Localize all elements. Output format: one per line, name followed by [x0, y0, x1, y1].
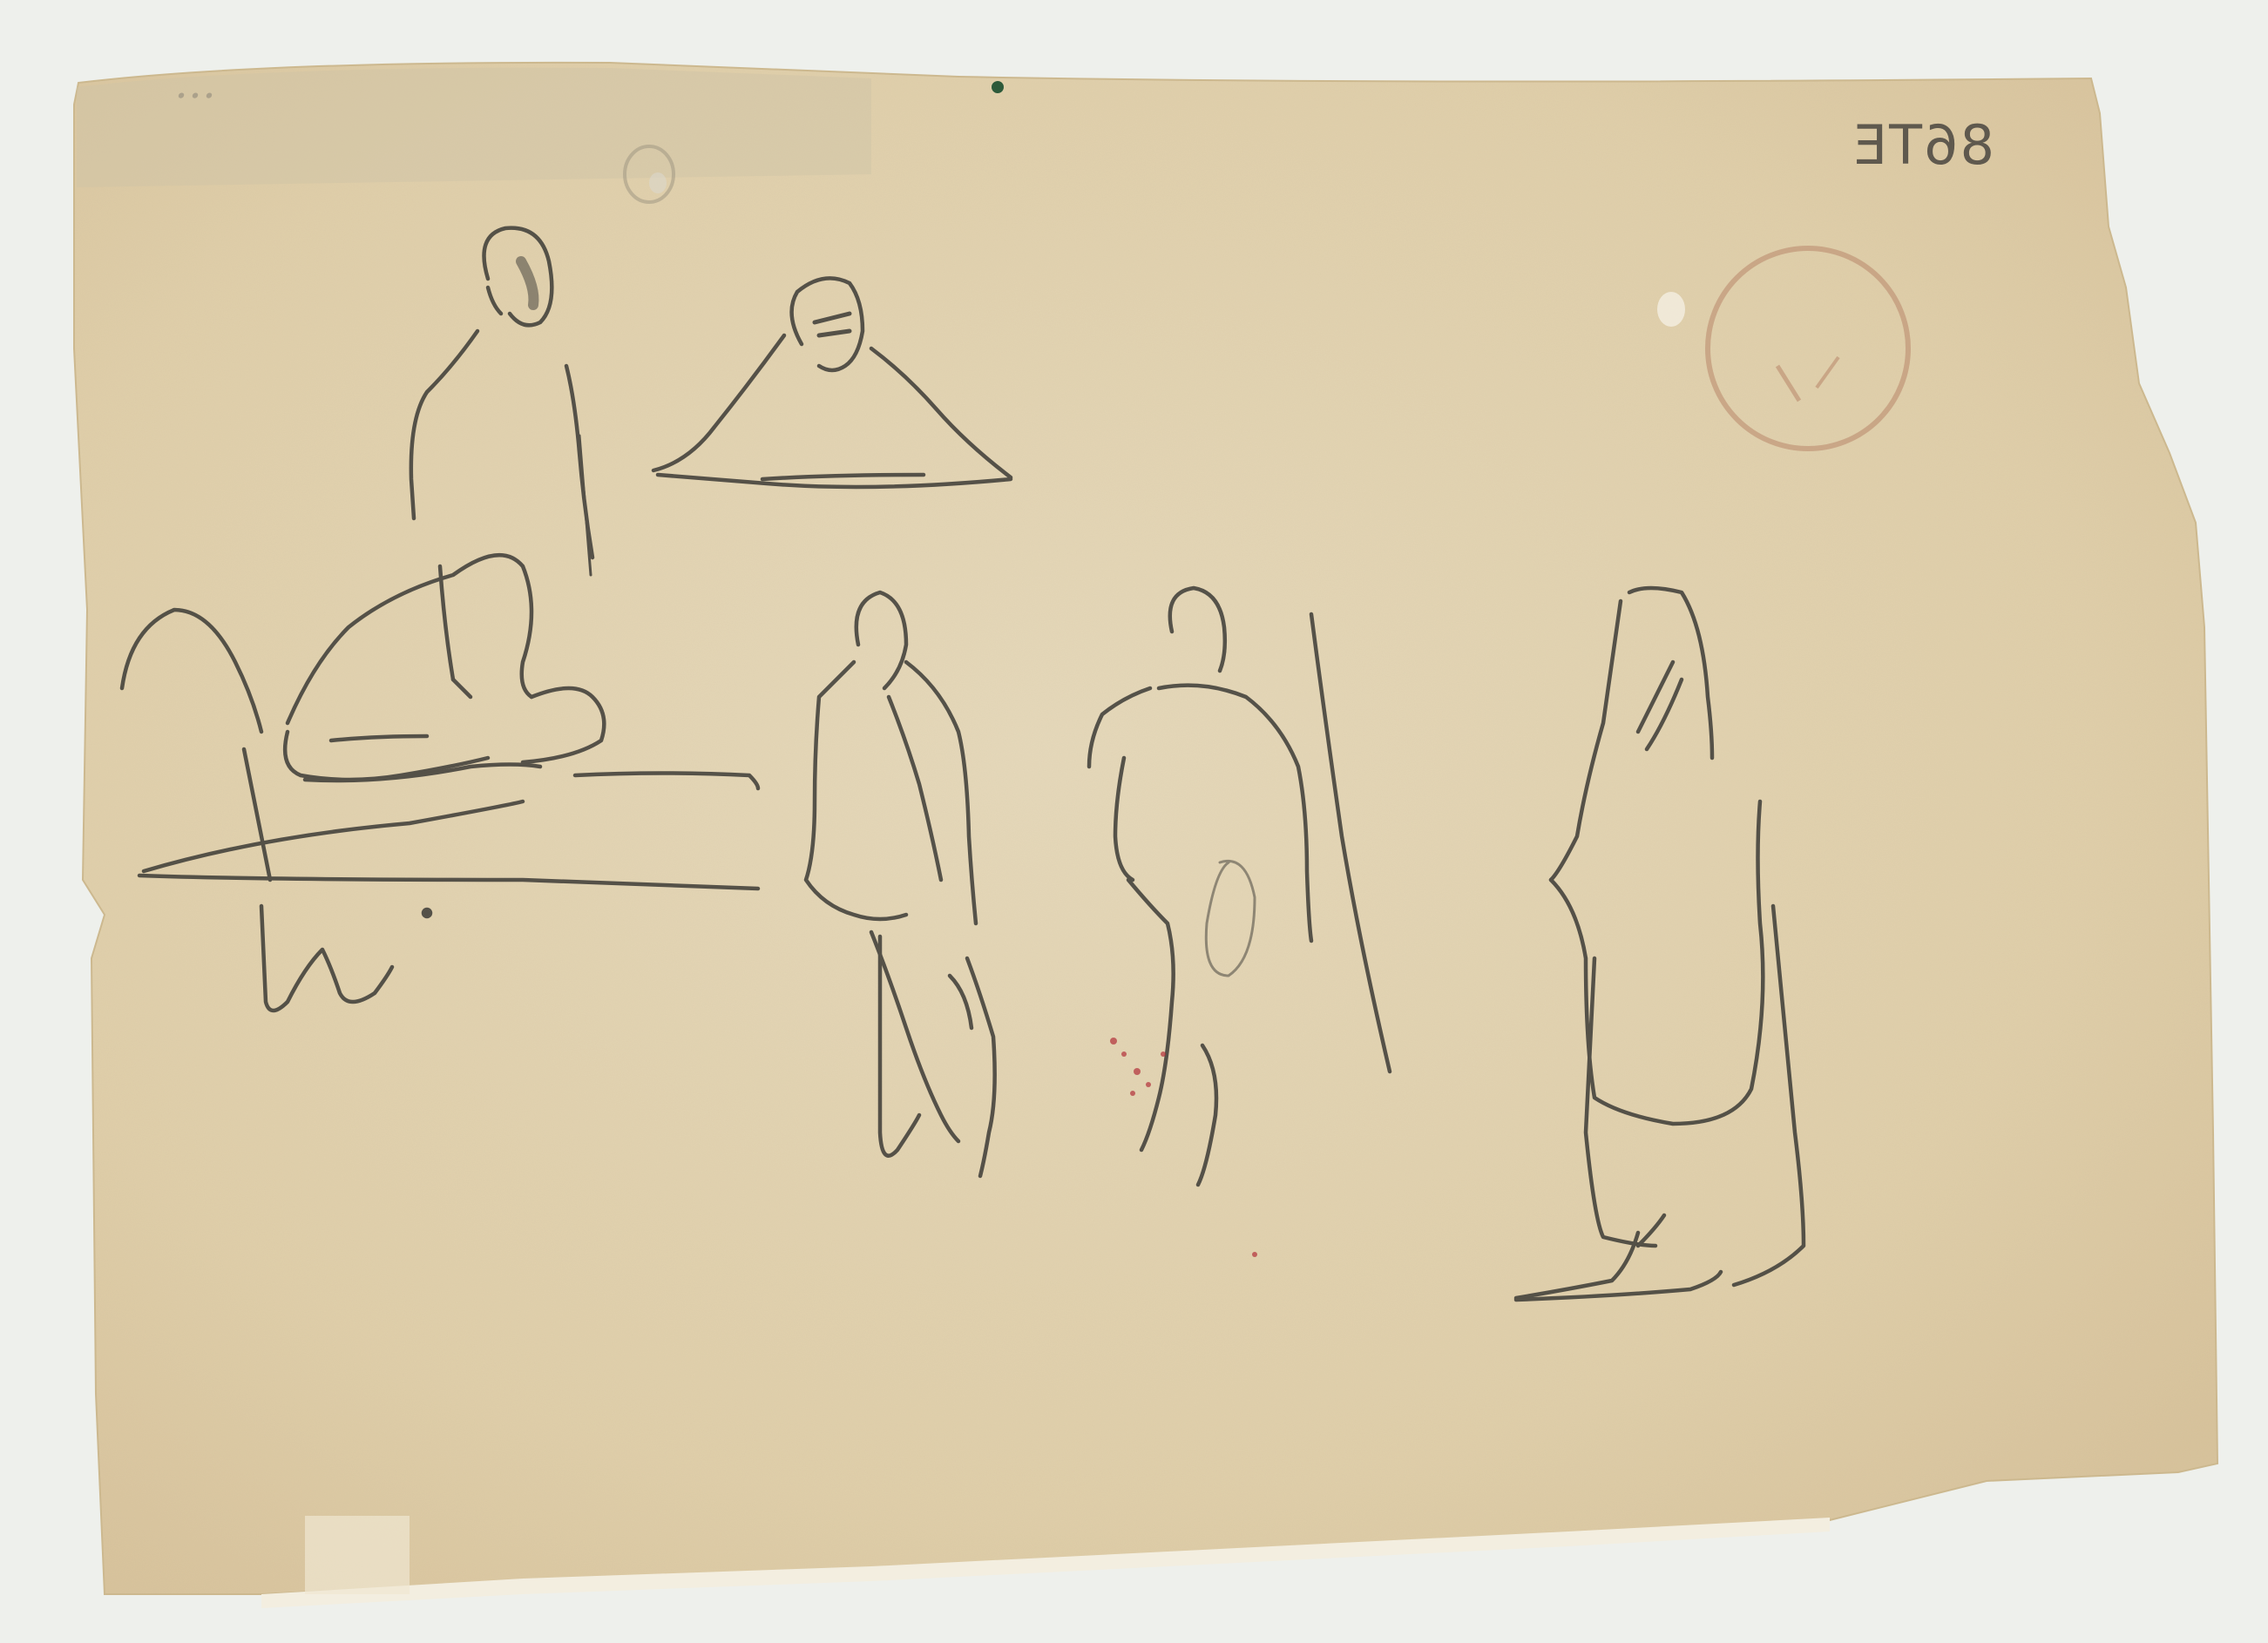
faint-handwritten-note: …: [174, 83, 216, 132]
inventory-mark: 86TE: [1852, 113, 1994, 177]
scanned-sketch: [0, 0, 2268, 1643]
green-speck: [992, 81, 1004, 93]
paper-sheet: [74, 63, 2217, 1608]
